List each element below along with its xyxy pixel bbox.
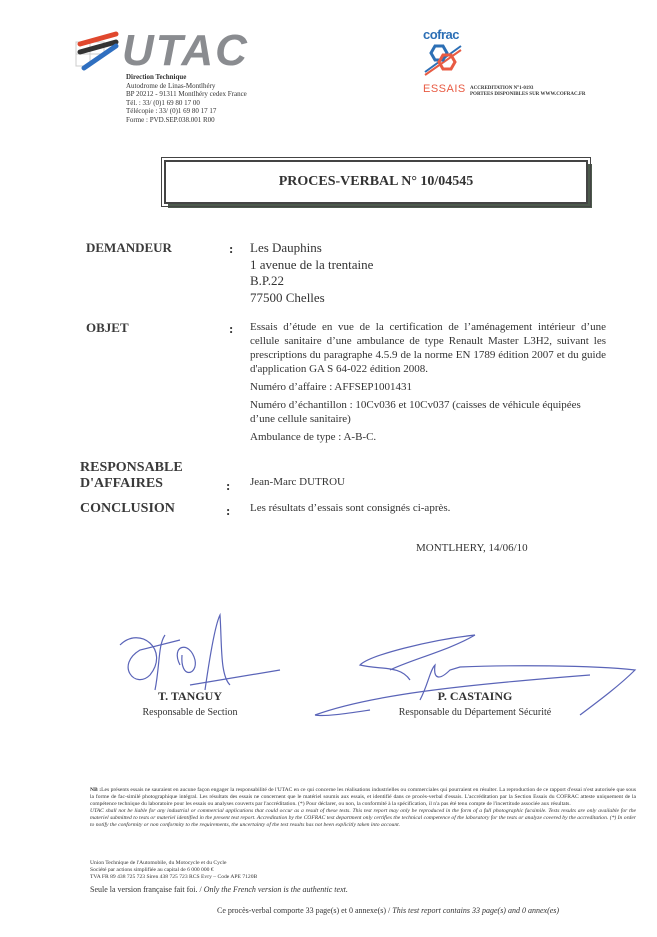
responsable-label-line-2: D'AFFAIRES bbox=[80, 476, 183, 492]
language-notice-en: Only the French version is the authentic… bbox=[204, 885, 348, 894]
demandeur-colon: : bbox=[229, 241, 233, 257]
phone: Tél. : 33/ (0)1 69 80 17 00 bbox=[126, 99, 247, 108]
objet-description: Essais d’étude en vue de la certificatio… bbox=[250, 320, 606, 376]
affaire-number: Numéro d’affaire : AFFSEP1001431 bbox=[250, 380, 606, 394]
demandeur-line: 1 avenue de la trentaine bbox=[250, 257, 373, 274]
report-title: PROCES-VERBAL N° 10/04545 bbox=[279, 174, 474, 190]
department: Direction Technique bbox=[126, 73, 247, 82]
accreditation-info: ACCREDITATION N°1-0193 PORTEES DISPONIBL… bbox=[470, 86, 586, 98]
objet-label: OBJET bbox=[86, 320, 129, 336]
page-count: Ce procès-verbal comporte 33 page(s) et … bbox=[217, 906, 559, 915]
form-reference: Forme : PVD.SEP.038.001 R00 bbox=[126, 116, 247, 125]
company-info: Union Technique de l'Automobile, du Moto… bbox=[90, 860, 257, 881]
disclaimer-fr: Les présents essais ne sauraient en aucu… bbox=[90, 787, 636, 807]
conclusion-colon: : bbox=[226, 503, 230, 519]
hexagon-emblem-icon bbox=[423, 42, 463, 76]
responsable-label: RESPONSABLE D'AFFAIRES bbox=[80, 460, 183, 492]
demandeur-line: Les Dauphins bbox=[250, 240, 373, 257]
address-line-1: Autodrome de Linas-Montlhéry bbox=[126, 82, 247, 91]
essais-wordmark: ESSAIS bbox=[423, 83, 463, 95]
demandeur-value: Les Dauphins 1 avenue de la trentaine B.… bbox=[250, 240, 373, 306]
demandeur-label: DEMANDEUR bbox=[86, 240, 172, 256]
sample-number: Numéro d’échantillon : 10Cv036 et 10Cv03… bbox=[250, 398, 606, 426]
demandeur-line: 77500 Chelles bbox=[250, 290, 373, 307]
conclusion-label: CONCLUSION bbox=[80, 501, 175, 517]
signatory-1-role: Responsable de Section bbox=[120, 707, 260, 718]
utac-wordmark: UTAC bbox=[122, 28, 249, 74]
language-notice-fr: Seule la version française fait foi. / bbox=[90, 885, 204, 894]
signatory-2-name: P. CASTAING bbox=[375, 689, 575, 704]
page-count-fr: Ce procès-verbal comporte 33 page(s) et … bbox=[217, 906, 392, 915]
disclaimer: NB :Les présents essais ne sauraient en … bbox=[90, 787, 636, 829]
responsable-label-line-1: RESPONSABLE bbox=[80, 460, 183, 476]
demandeur-line: B.P.22 bbox=[250, 273, 373, 290]
fax: Télécopie : 33/ (0)1 69 80 17 17 bbox=[126, 107, 247, 116]
objet-colon: : bbox=[229, 321, 233, 337]
language-notice: Seule la version française fait foi. / O… bbox=[90, 885, 348, 894]
ambulance-type: Ambulance de type : A-B-C. bbox=[250, 430, 606, 444]
utac-emblem-icon bbox=[70, 28, 122, 74]
company-capital: Société par actions simplifiée au capita… bbox=[90, 867, 257, 874]
company-name: Union Technique de l'Automobile, du Moto… bbox=[90, 860, 257, 867]
signatory-2-role: Responsable du Département Sécurité bbox=[375, 707, 575, 718]
responsable-colon: : bbox=[226, 478, 230, 494]
cofrac-wordmark: cofrac bbox=[423, 27, 463, 42]
conclusion-value: Les résultats d’essais sont consignés ci… bbox=[250, 501, 450, 515]
disclaimer-en: UTAC shall not be liable for any industr… bbox=[90, 808, 636, 828]
nb-label: NB : bbox=[90, 787, 101, 793]
report-title-box: PROCES-VERBAL N° 10/04545 bbox=[164, 160, 588, 204]
utac-logo: UTAC bbox=[70, 28, 290, 74]
signature-tanguy-icon bbox=[110, 605, 290, 695]
address-block: Direction Technique Autodrome de Linas-M… bbox=[126, 73, 247, 125]
page-count-en: This test report contains 33 page(s) and… bbox=[392, 906, 559, 915]
company-registration: TVA FR 89 438 725 723 Siren 438 725 723 … bbox=[90, 874, 257, 881]
signatory-1: T. TANGUY Responsable de Section bbox=[120, 689, 260, 718]
signatory-2: P. CASTAING Responsable du Département S… bbox=[375, 689, 575, 718]
accreditation-scope: PORTEES DISPONIBLES SUR WWW.COFRAC.FR bbox=[470, 92, 586, 98]
place-date: MONTLHERY, 14/06/10 bbox=[416, 541, 528, 555]
responsable-value: Jean-Marc DUTROU bbox=[250, 475, 345, 489]
objet-value: Essais d’étude en vue de la certificatio… bbox=[250, 320, 606, 444]
cofrac-logo: cofrac ESSAIS bbox=[423, 27, 463, 95]
address-line-2: BP 20212 - 91311 Montlhéry cedex France bbox=[126, 90, 247, 99]
signatory-1-name: T. TANGUY bbox=[120, 689, 260, 704]
